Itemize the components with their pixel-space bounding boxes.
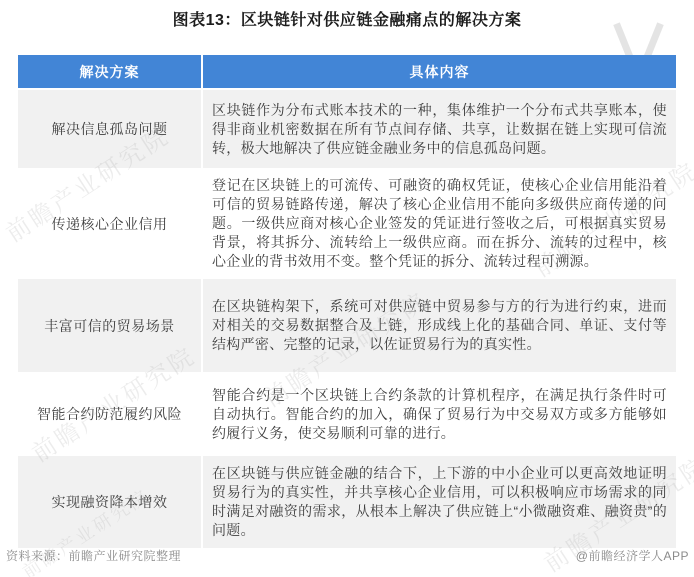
table-row: 智能合约防范履约风险 智能合约是一个区块链上合约条款的计算机程序，在满足执行条件… [18, 374, 676, 454]
column-header-solution: 解决方案 [18, 55, 201, 88]
content-cell: 智能合约是一个区块链上合约条款的计算机程序，在满足执行条件时可自动执行。智能合约… [203, 374, 676, 454]
content-cell: 在区块链构架下，系统可对供应链中贸易参与方的行为进行约束，进而对相关的交易数据整… [203, 279, 676, 372]
source-note: 资料来源：前瞻产业研究院整理 [6, 547, 181, 564]
table-header-row: 解决方案 具体内容 [18, 55, 676, 88]
content-text: 区块链作为分布式账本技术的一种，集体维护一个分布式共享账本，使得非商业机密数据在… [212, 101, 667, 158]
solution-cell: 丰富可信的贸易场景 [18, 279, 201, 372]
solution-cell: 智能合约防范履约风险 [18, 374, 201, 454]
figure-title: 图表13：区块链针对供应链金融痛点的解决方案 [0, 7, 694, 30]
table-row: 实现融资降本增效 在区块链与供应链金融的结合下，上下游的中小企业可以更高效地证明… [18, 456, 676, 548]
content-text: 智能合约是一个区块链上合约条款的计算机程序，在满足执行条件时可自动执行。智能合约… [212, 386, 667, 443]
figure-footer: 资料来源：前瞻产业研究院整理 @前瞻经济学人APP [0, 547, 694, 564]
column-header-content: 具体内容 [203, 55, 676, 88]
credit-note: @前瞻经济学人APP [576, 547, 689, 564]
content-text: 在区块链构架下，系统可对供应链中贸易参与方的行为进行约束，进而对相关的交易数据整… [212, 297, 667, 354]
content-cell: 登记在区块链上的可流传、可融资的确权凭证，使核心企业信用能沿着可信的贸易链路传递… [203, 170, 676, 277]
content-text: 在区块链与供应链金融的结合下，上下游的中小企业可以更高效地证明贸易行为的真实性，… [212, 464, 667, 540]
solution-cell: 传递核心企业信用 [18, 170, 201, 277]
solution-cell: 解决信息孤岛问题 [18, 90, 201, 168]
content-cell: 在区块链与供应链金融的结合下，上下游的中小企业可以更高效地证明贸易行为的真实性，… [203, 456, 676, 548]
solutions-table: 解决方案 具体内容 解决信息孤岛问题 区块链作为分布式账本技术的一种，集体维护一… [18, 55, 676, 548]
content-cell: 区块链作为分布式账本技术的一种，集体维护一个分布式共享账本，使得非商业机密数据在… [203, 90, 676, 168]
table-row: 传递核心企业信用 登记在区块链上的可流传、可融资的确权凭证，使核心企业信用能沿着… [18, 170, 676, 277]
table-row: 解决信息孤岛问题 区块链作为分布式账本技术的一种，集体维护一个分布式共享账本，使… [18, 90, 676, 168]
content-text: 登记在区块链上的可流传、可融资的确权凭证，使核心企业信用能沿着可信的贸易链路传递… [212, 176, 667, 271]
table-row: 丰富可信的贸易场景 在区块链构架下，系统可对供应链中贸易参与方的行为进行约束，进… [18, 279, 676, 372]
solution-cell: 实现融资降本增效 [18, 456, 201, 548]
